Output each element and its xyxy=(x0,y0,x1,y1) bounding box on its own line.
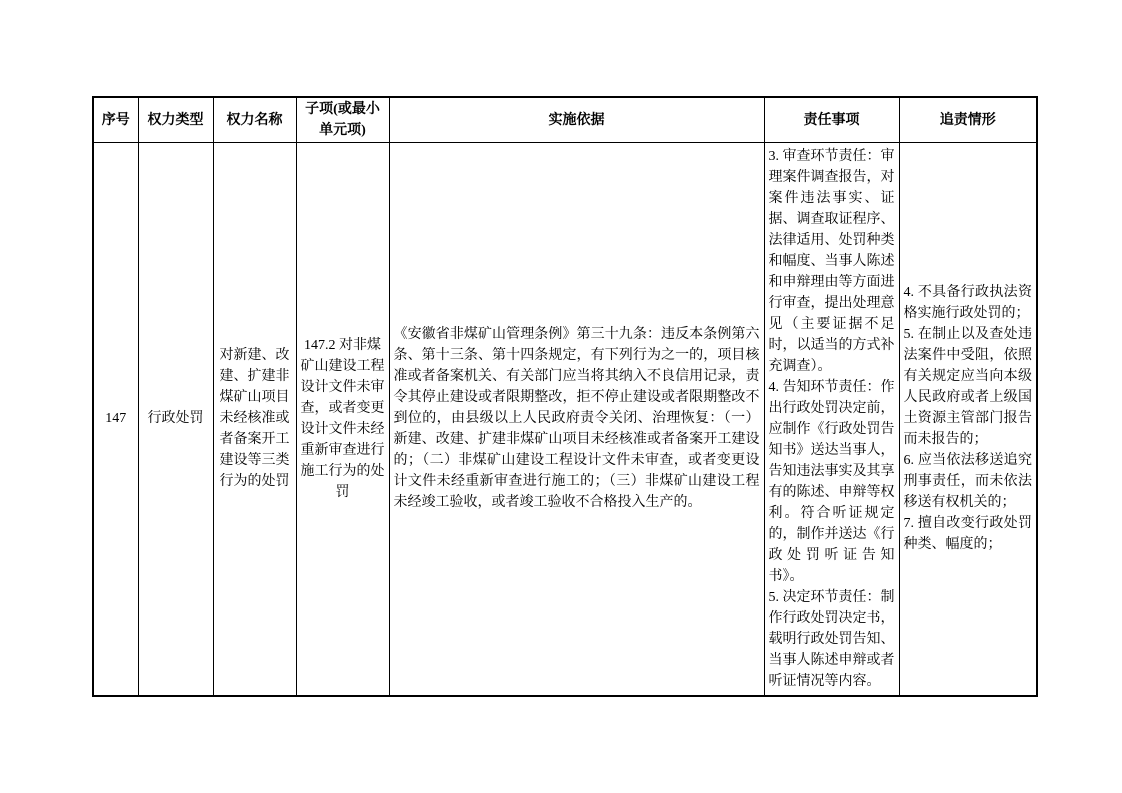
table-header-row: 序号 权力类型 权力名称 子项(或最小单元项) 实施依据 责任事项 追责情形 xyxy=(93,97,1037,143)
header-power-type: 权力类型 xyxy=(138,97,213,143)
power-list-table: 序号 权力类型 权力名称 子项(或最小单元项) 实施依据 责任事项 追责情形 1… xyxy=(92,96,1038,697)
accountability-item: 7. 擅自改变行政处罚种类、幅度的； xyxy=(904,513,1033,555)
responsibility-item: 4. 告知环节责任：作出行政处罚决定前，应制作《行政处罚告知书》送达当事人，告知… xyxy=(769,377,895,587)
accountability-item: 6. 应当依法移送追究刑事责任，而未依法移送有权机关的； xyxy=(904,450,1033,513)
cell-power-type: 行政处罚 xyxy=(138,143,213,696)
header-sub-item: 子项(或最小单元项) xyxy=(296,97,389,143)
cell-implementation-basis: 《安徽省非煤矿山管理条例》第三十九条：违反本条例第六条、第十三条、第十四条规定，… xyxy=(389,143,764,696)
header-implementation-basis: 实施依据 xyxy=(389,97,764,143)
cell-power-name: 对新建、改建、扩建非煤矿山项目未经核准或者备案开工建设等三类行为的处罚 xyxy=(213,143,296,696)
document-page: 序号 权力类型 权力名称 子项(或最小单元项) 实施依据 责任事项 追责情形 1… xyxy=(0,0,1122,793)
cell-serial-number: 147 xyxy=(93,143,138,696)
header-responsibility-matters: 责任事项 xyxy=(764,97,899,143)
responsibility-item: 5. 决定环节责任：制作行政处罚决定书，载明行政处罚告知、当事人陈述申辩或者听证… xyxy=(769,587,895,692)
header-serial-number: 序号 xyxy=(93,97,138,143)
header-power-name: 权力名称 xyxy=(213,97,296,143)
cell-sub-item: 147.2 对非煤矿山建设工程设计文件未审查，或者变更设计文件未经重新审查进行施… xyxy=(296,143,389,696)
accountability-item: 5. 在制止以及查处违法案件中受阻，依照有关规定应当向本级人民政府或者上级国土资… xyxy=(904,324,1033,450)
table-row: 147 行政处罚 对新建、改建、扩建非煤矿山项目未经核准或者备案开工建设等三类行… xyxy=(93,143,1037,696)
header-accountability-situations: 追责情形 xyxy=(899,97,1037,143)
cell-responsibility-matters: 3. 审查环节责任：审理案件调查报告，对案件违法事实、证据、调查取证程序、法律适… xyxy=(764,143,899,696)
accountability-item: 4. 不具备行政执法资格实施行政处罚的； xyxy=(904,282,1033,324)
responsibility-item: 3. 审查环节责任：审理案件调查报告，对案件违法事实、证据、调查取证程序、法律适… xyxy=(769,146,895,377)
cell-accountability-situations: 4. 不具备行政执法资格实施行政处罚的； 5. 在制止以及查处违法案件中受阻，依… xyxy=(899,143,1037,696)
